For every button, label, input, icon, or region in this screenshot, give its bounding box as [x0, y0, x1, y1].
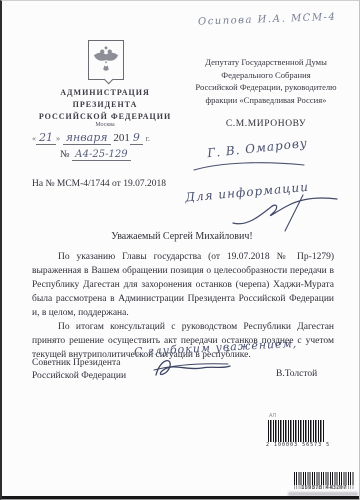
coat-of-arms-frame [88, 40, 124, 80]
salutation: Уважаемый Сергей Михайлович! [32, 231, 332, 242]
scan-bottom-edge [2, 496, 360, 499]
signer-title-line-2: Российской Федерации [32, 370, 162, 383]
registration-barcode-digits: 2 100003 56573 5 [266, 442, 326, 448]
addressee-block: Депутату Государственной Думы Федерально… [180, 56, 352, 106]
barcode-mark: АЛ [269, 413, 276, 419]
addressee-line-1: Депутату Государственной Думы [180, 56, 352, 69]
letterhead-city: Москва [22, 122, 188, 128]
handwritten-year-digit: 9 [130, 131, 143, 145]
scanned-letter-page: Осипова И.А. МСМ-4 АДМИНИСТРАЦИЯ ПРЕЗИДЕ… [0, 0, 360, 500]
footer-barcode-digits: 159378 443207 [294, 485, 354, 491]
letterhead-organization: АДМИНИСТРАЦИЯ ПРЕЗИДЕНТА РОССИЙСКОЙ ФЕДЕ… [22, 87, 188, 123]
letterhead-line-1: АДМИНИСТРАЦИЯ [22, 87, 188, 99]
letterhead-line-2: ПРЕЗИДЕНТА [22, 99, 188, 111]
tolstoy-signature [150, 353, 250, 387]
outgoing-number-line: № А4-25-129 [60, 149, 180, 160]
date-line: «21» января 2019 г. [32, 131, 182, 144]
signer-title: Советник Президента Российской Федерации [32, 357, 162, 383]
body-paragraph-1: По указанию Главы государства (от 19.07.… [32, 250, 334, 320]
addressee-line-4: фракции «Справедливая Россия» [180, 94, 352, 107]
handwritten-routing-note: Осипова И.А. МСМ-4 [198, 11, 348, 27]
addressee-name: С.М.МИРОНОВУ [180, 119, 352, 129]
handwritten-month: января [63, 131, 111, 145]
double-headed-eagle-icon [92, 44, 120, 76]
signer-name: В.Толстой [276, 369, 346, 379]
resolution-underline-flourish [192, 159, 307, 173]
addressee-line-2: Федерального Собрания [180, 69, 352, 82]
printed-year-prefix: 201 [113, 132, 130, 144]
handwritten-outgoing-number: А4-25-129 [72, 149, 131, 161]
registration-barcode [268, 420, 324, 442]
handwritten-day: 21 [36, 131, 56, 145]
date-suffix: г. [146, 134, 150, 143]
handwritten-resolution-name: Г. В. Омарову [207, 132, 348, 161]
signer-title-line-1: Советник Президента [32, 357, 162, 370]
handwritten-signature-flourish [227, 191, 342, 233]
addressee-line-3: Российской Федерации, руководителю [180, 81, 352, 94]
number-sign: № [60, 149, 70, 160]
date-close-quote: » [56, 134, 60, 143]
